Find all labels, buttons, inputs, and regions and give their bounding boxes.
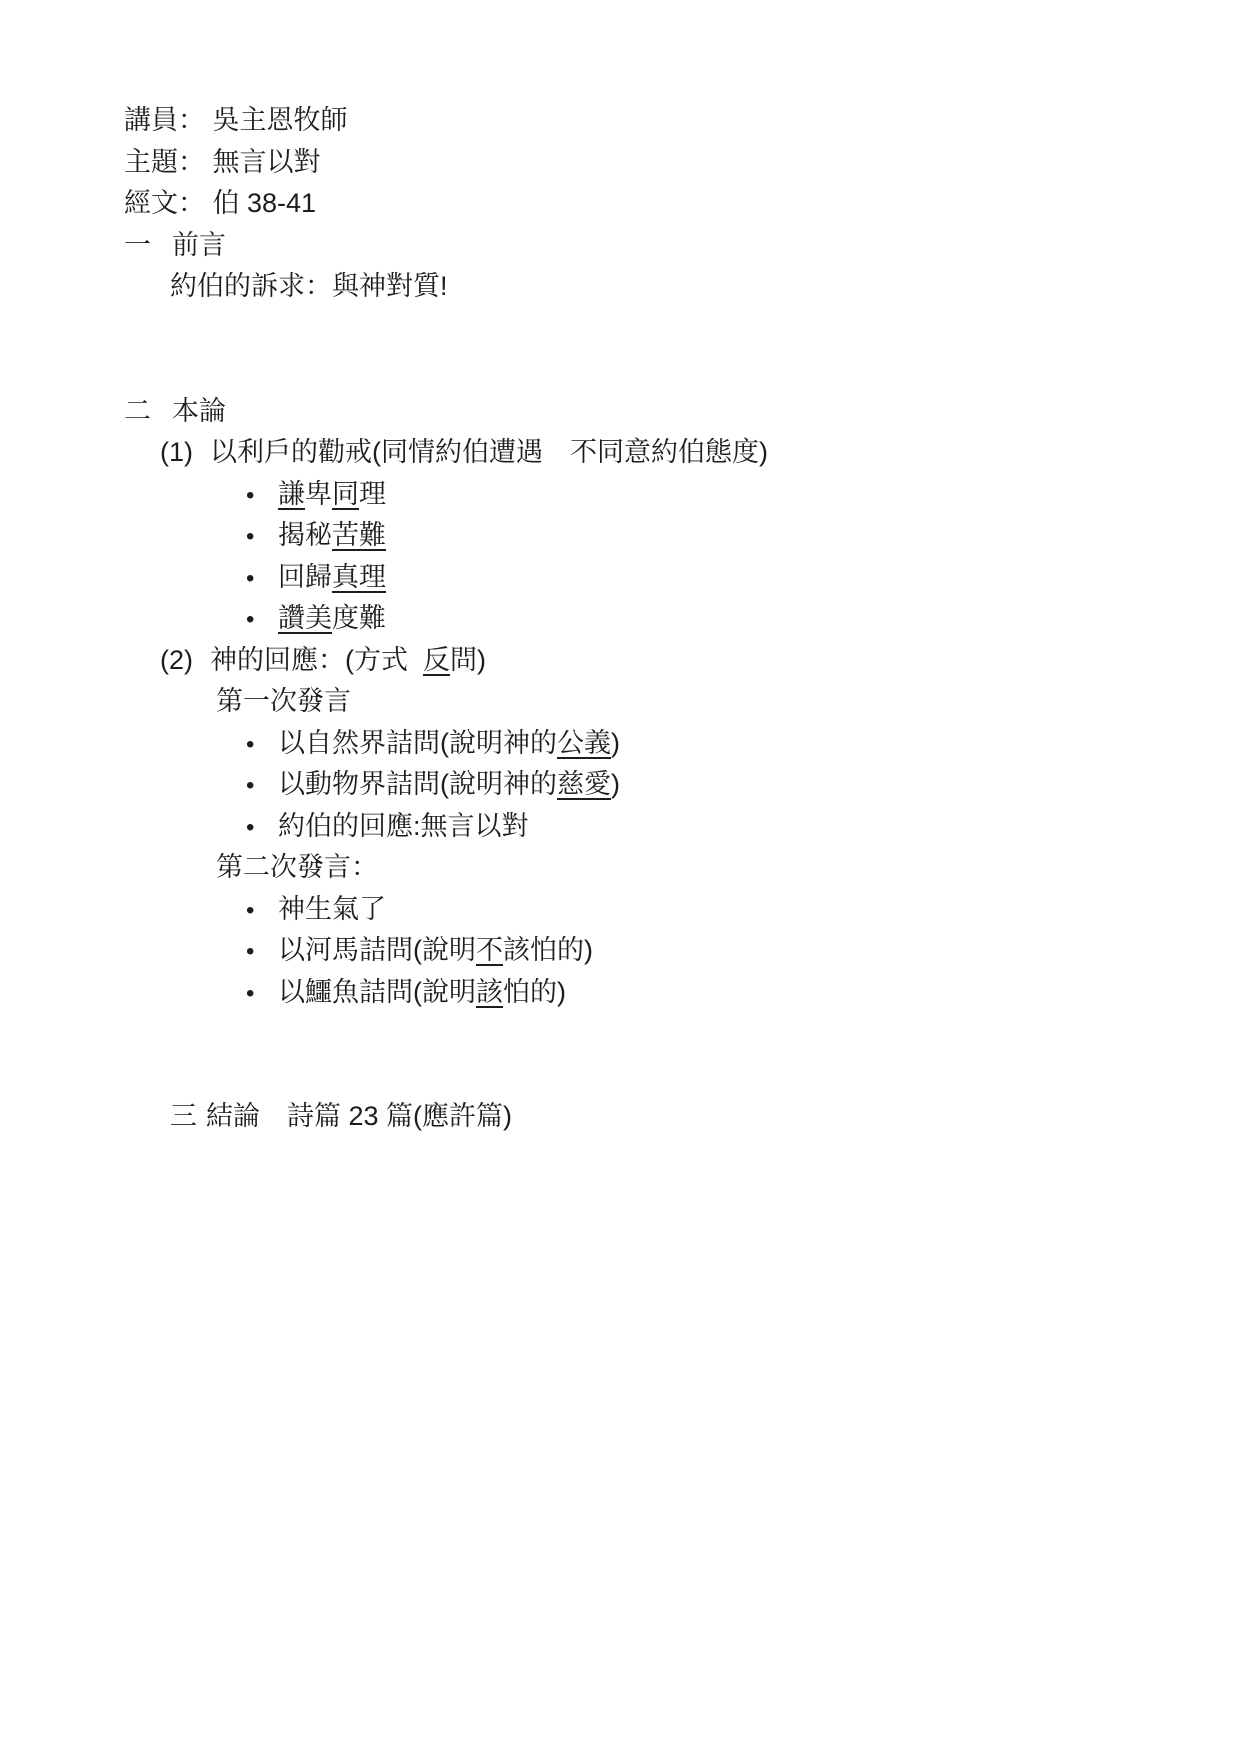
outline-line-section: 一前言 — [0, 225, 1241, 267]
blank-line — [0, 1013, 1241, 1055]
bullet-icon: • — [246, 973, 278, 1015]
outline-text: 度難 — [332, 603, 386, 633]
outline-line-bullet: •約伯的回應:無言以對 — [0, 806, 1241, 848]
outline-line-label: 講員： 吳主恩牧師 — [0, 100, 1241, 142]
underlined-text: 讚美 — [278, 603, 332, 633]
outline-text: 揭秘 — [278, 520, 332, 550]
list-marker: (2) — [160, 640, 210, 682]
outline-text: 以自然界詰問(說明神的 — [278, 728, 557, 758]
list-marker: 一 — [124, 225, 172, 267]
outline-line-item: (2)神的回應：(方式 反問) — [0, 640, 1241, 682]
underlined-text: 該 — [476, 977, 503, 1007]
outline-line-section: 二本論 — [0, 391, 1241, 433]
outline-text: 該怕的) — [503, 935, 593, 965]
outline-text: 第一次發言 — [216, 686, 351, 716]
blank-line — [0, 1055, 1241, 1097]
outline-line-bullet: •謙卑同理 — [0, 474, 1241, 516]
outline-text: 經文： 伯 38-41 — [124, 188, 316, 218]
bullet-icon: • — [246, 516, 278, 558]
outline-line-conclusion: 三結論 詩篇 23 篇(應許篇) — [0, 1096, 1241, 1138]
underlined-text: 同 — [332, 479, 359, 509]
outline-line-label: 經文： 伯 38-41 — [0, 183, 1241, 225]
underlined-text: 反 — [423, 645, 450, 675]
outline-text: ) — [611, 728, 620, 758]
bullet-icon: • — [246, 599, 278, 641]
outline-line-bullet: •以河馬詰問(說明不該怕的) — [0, 930, 1241, 972]
outline-text: 問) — [450, 645, 486, 675]
outline-line-sub: 第二次發言： — [0, 847, 1241, 889]
underlined-text: 真理 — [332, 562, 386, 592]
outline-text: 以鱷魚詰問(說明 — [278, 977, 476, 1007]
outline-text: 本論 — [172, 396, 226, 426]
bullet-icon: • — [246, 890, 278, 932]
outline-text: 第二次發言： — [216, 852, 378, 882]
underlined-text: 謙 — [278, 479, 305, 509]
outline-line-item: (1)以利戶的勸戒(同情約伯遭遇 不同意約伯態度) — [0, 432, 1241, 474]
list-marker: 三 — [170, 1096, 206, 1138]
underlined-text: 苦難 — [332, 520, 386, 550]
bullet-icon: • — [246, 931, 278, 973]
outline-line-bullet: •揭秘苦難 — [0, 515, 1241, 557]
bullet-icon: • — [246, 724, 278, 766]
outline-text: 約伯的訴求：與神對質! — [170, 271, 448, 301]
outline-text: 約伯的回應:無言以對 — [278, 811, 529, 841]
outline-line-label: 主題： 無言以對 — [0, 142, 1241, 184]
sermon-outline: 講員： 吳主恩牧師主題： 無言以對經文： 伯 38-41一前言約伯的訴求：與神對… — [0, 100, 1241, 1138]
outline-line-sub: 第一次發言 — [0, 681, 1241, 723]
outline-text: 回歸 — [278, 562, 332, 592]
list-marker: (1) — [160, 432, 210, 474]
bullet-icon: • — [246, 807, 278, 849]
blank-line — [0, 308, 1241, 350]
outline-text: 結論 詩篇 23 篇(應許篇) — [206, 1101, 512, 1131]
outline-line-bullet: •回歸真理 — [0, 557, 1241, 599]
outline-text: 以河馬詰問(說明 — [278, 935, 476, 965]
bullet-icon: • — [246, 558, 278, 600]
outline-line-bullet: •神生氣了 — [0, 889, 1241, 931]
bullet-icon: • — [246, 475, 278, 517]
outline-text: 以利戶的勸戒(同情約伯遭遇 不同意約伯態度) — [210, 437, 768, 467]
outline-text: ) — [611, 769, 620, 799]
outline-text: 前言 — [172, 230, 226, 260]
outline-text: 以動物界詰問(說明神的 — [278, 769, 557, 799]
blank-line — [0, 349, 1241, 391]
outline-line-para: 約伯的訴求：與神對質! — [0, 266, 1241, 308]
outline-line-bullet: •以自然界詰問(說明神的公義) — [0, 723, 1241, 765]
underlined-text: 不 — [476, 935, 503, 965]
underlined-text: 慈愛 — [557, 769, 611, 799]
bullet-icon: • — [246, 765, 278, 807]
outline-text: 主題： 無言以對 — [124, 147, 321, 177]
outline-line-bullet: •讚美度難 — [0, 598, 1241, 640]
list-marker: 二 — [124, 391, 172, 433]
underlined-text: 公義 — [557, 728, 611, 758]
outline-line-bullet: •以動物界詰問(說明神的慈愛) — [0, 764, 1241, 806]
outline-text: 理 — [359, 479, 386, 509]
outline-text: 講員： 吳主恩牧師 — [124, 105, 348, 135]
outline-text: 怕的) — [503, 977, 566, 1007]
outline-text: 神的回應：(方式 — [210, 645, 423, 675]
outline-text: 卑 — [305, 479, 332, 509]
document-page: 講員： 吳主恩牧師主題： 無言以對經文： 伯 38-41一前言約伯的訴求：與神對… — [0, 0, 1241, 1755]
outline-line-bullet: •以鱷魚詰問(說明該怕的) — [0, 972, 1241, 1014]
outline-text: 神生氣了 — [278, 894, 386, 924]
